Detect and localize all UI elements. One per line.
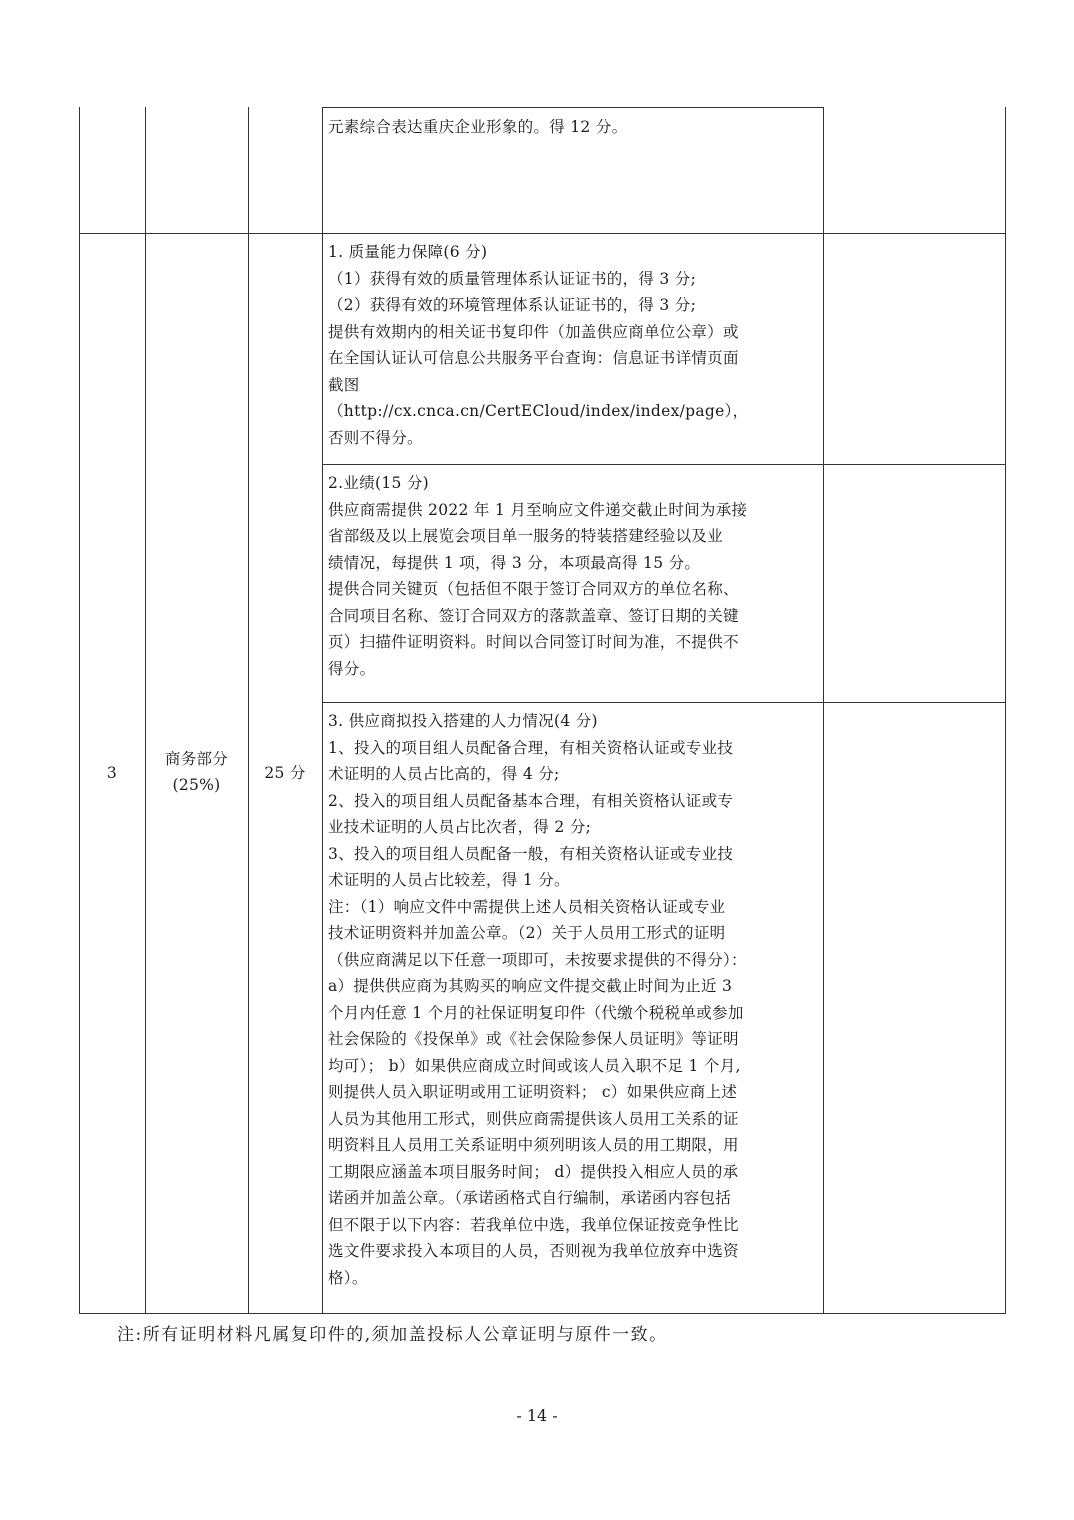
criterion-line: 注：（1）响应文件中需提供上述人员相关资格认证或专业 [328, 894, 820, 921]
criterion-line: 提供合同关键页（包括但不限于签订合同双方的单位名称、 [328, 576, 820, 603]
criterion-line: 1. 质量能力保障(6 分) [328, 239, 820, 266]
criterion-line: 页）扫描件证明资料。时间以合同签订时间为准，不提供不 [328, 629, 820, 656]
criterion-line: 2.业绩(15 分) [328, 470, 820, 497]
criterion-line: 但不限于以下内容：若我单位中选，我单位保证按竞争性比 [328, 1212, 820, 1239]
criterion-quality: 1. 质量能力保障(6 分) （1）获得有效的质量管理体系认证证书的，得 3 分… [328, 239, 820, 451]
criterion-line: 选文件要求投入本项目的人员，否则视为我单位放弃中选资 [328, 1238, 820, 1265]
table-border-bottom [79, 1313, 1006, 1314]
table-col-divider [248, 107, 249, 1314]
criterion-line: a）提供供应商为其购买的响应文件提交截止时间为止近 3 [328, 973, 820, 1000]
criterion-line: （供应商满足以下任意一项即可，未按要求提供的不得分）： [328, 947, 820, 974]
section-name: 商务部分 [145, 746, 248, 773]
criterion-line: 则提供人员入职证明或用工证明资料； c）如果供应商上述 [328, 1079, 820, 1106]
criterion-line: 在全国认证认可信息公共服务平台查询：信息证书详情页面 [328, 345, 820, 372]
subrow-divider [322, 702, 1006, 703]
criterion-performance: 2.业绩(15 分) 供应商需提供 2022 年 1 月至响应文件递交截止时间为… [328, 470, 820, 682]
criterion-staffing: 3. 供应商拟投入搭建的人力情况(4 分) 1、投入的项目组人员配备合理，有相关… [328, 708, 820, 1291]
cell-top-border [322, 107, 824, 108]
criterion-line: 工期限应涵盖本项目服务时间； d）提供投入相应人员的承 [328, 1159, 820, 1186]
criterion-line: 提供有效期内的相关证书复印件（加盖供应商单位公章）或 [328, 319, 820, 346]
table-border-left [79, 107, 80, 1314]
criterion-line: 术证明的人员占比高的，得 4 分; [328, 761, 820, 788]
section-weight: (25%) [145, 772, 248, 799]
continued-criteria-text: 元素综合表达重庆企业形象的。得 12 分。 [328, 114, 627, 141]
table-border-right [1005, 107, 1006, 1314]
row-divider [79, 233, 1006, 234]
criterion-line: 供应商需提供 2022 年 1 月至响应文件递交截止时间为承接 [328, 497, 820, 524]
criterion-line: 业技术证明的人员占比次者，得 2 分; [328, 814, 820, 841]
criterion-line: 绩情况，每提供 1 项，得 3 分，本项最高得 15 分。 [328, 550, 820, 577]
section-points: 25 分 [248, 760, 322, 787]
table-col-divider [322, 107, 323, 1314]
document-page: 元素综合表达重庆企业形象的。得 12 分。 3 商务部分 (25%) 25 分 … [0, 0, 1074, 1520]
criterion-line: 1、投入的项目组人员配备合理，有相关资格认证或专业技 [328, 735, 820, 762]
criterion-line: 截图 [328, 372, 820, 399]
criterion-line: 术证明的人员占比较差，得 1 分。 [328, 867, 820, 894]
criterion-line: 3、投入的项目组人员配备一般，有相关资格认证或专业技 [328, 841, 820, 868]
criterion-line: 省部级及以上展览会项目单一服务的特装搭建经验以及业 [328, 523, 820, 550]
criterion-line: 人员为其他用工形式，则供应商需提供该人员用工关系的证 [328, 1106, 820, 1133]
criterion-line: 个月内任意 1 个月的社保证明复印件（代缴个税税单或参加 [328, 1000, 820, 1027]
criterion-line: 均可）； b）如果供应商成立时间或该人员入职不足 1 个月, [328, 1053, 820, 1080]
criterion-line: 2、投入的项目组人员配备基本合理，有相关资格认证或专 [328, 788, 820, 815]
criterion-url-line: （http://cx.cnca.cn/CertECloud/index/inde… [328, 398, 820, 425]
criterion-line: （2）获得有效的环境管理体系认证证书的，得 3 分; [328, 292, 820, 319]
criterion-line: （1）获得有效的质量管理体系认证证书的，得 3 分; [328, 266, 820, 293]
criterion-line: 明资料且人员用工关系证明中须列明该人员的用工期限，用 [328, 1132, 820, 1159]
row-index: 3 [79, 760, 145, 787]
table-col-divider [145, 107, 146, 1314]
criterion-line: 得分。 [328, 656, 820, 683]
criterion-line: 格）。 [328, 1265, 820, 1292]
subrow-divider [322, 464, 1006, 465]
criterion-line: 技术证明资料并加盖公章。（2）关于人员用工形式的证明 [328, 920, 820, 947]
criterion-line: 否则不得分。 [328, 425, 820, 452]
criterion-line: 合同项目名称、签订合同双方的落款盖章、签订日期的关键 [328, 603, 820, 630]
footnote: 注:所有证明材料凡属复印件的,须加盖投标人公章证明与原件一致。 [117, 1320, 668, 1345]
criterion-line: 3. 供应商拟投入搭建的人力情况(4 分) [328, 708, 820, 735]
criterion-line: 诺函并加盖公章。（承诺函格式自行编制，承诺函内容包括 [328, 1185, 820, 1212]
table-col-divider [823, 107, 824, 1314]
page-number: - 14 - [0, 1406, 1074, 1425]
criterion-line: 社会保险的《投保单》或《社会保险参保人员证明》等证明 [328, 1026, 820, 1053]
